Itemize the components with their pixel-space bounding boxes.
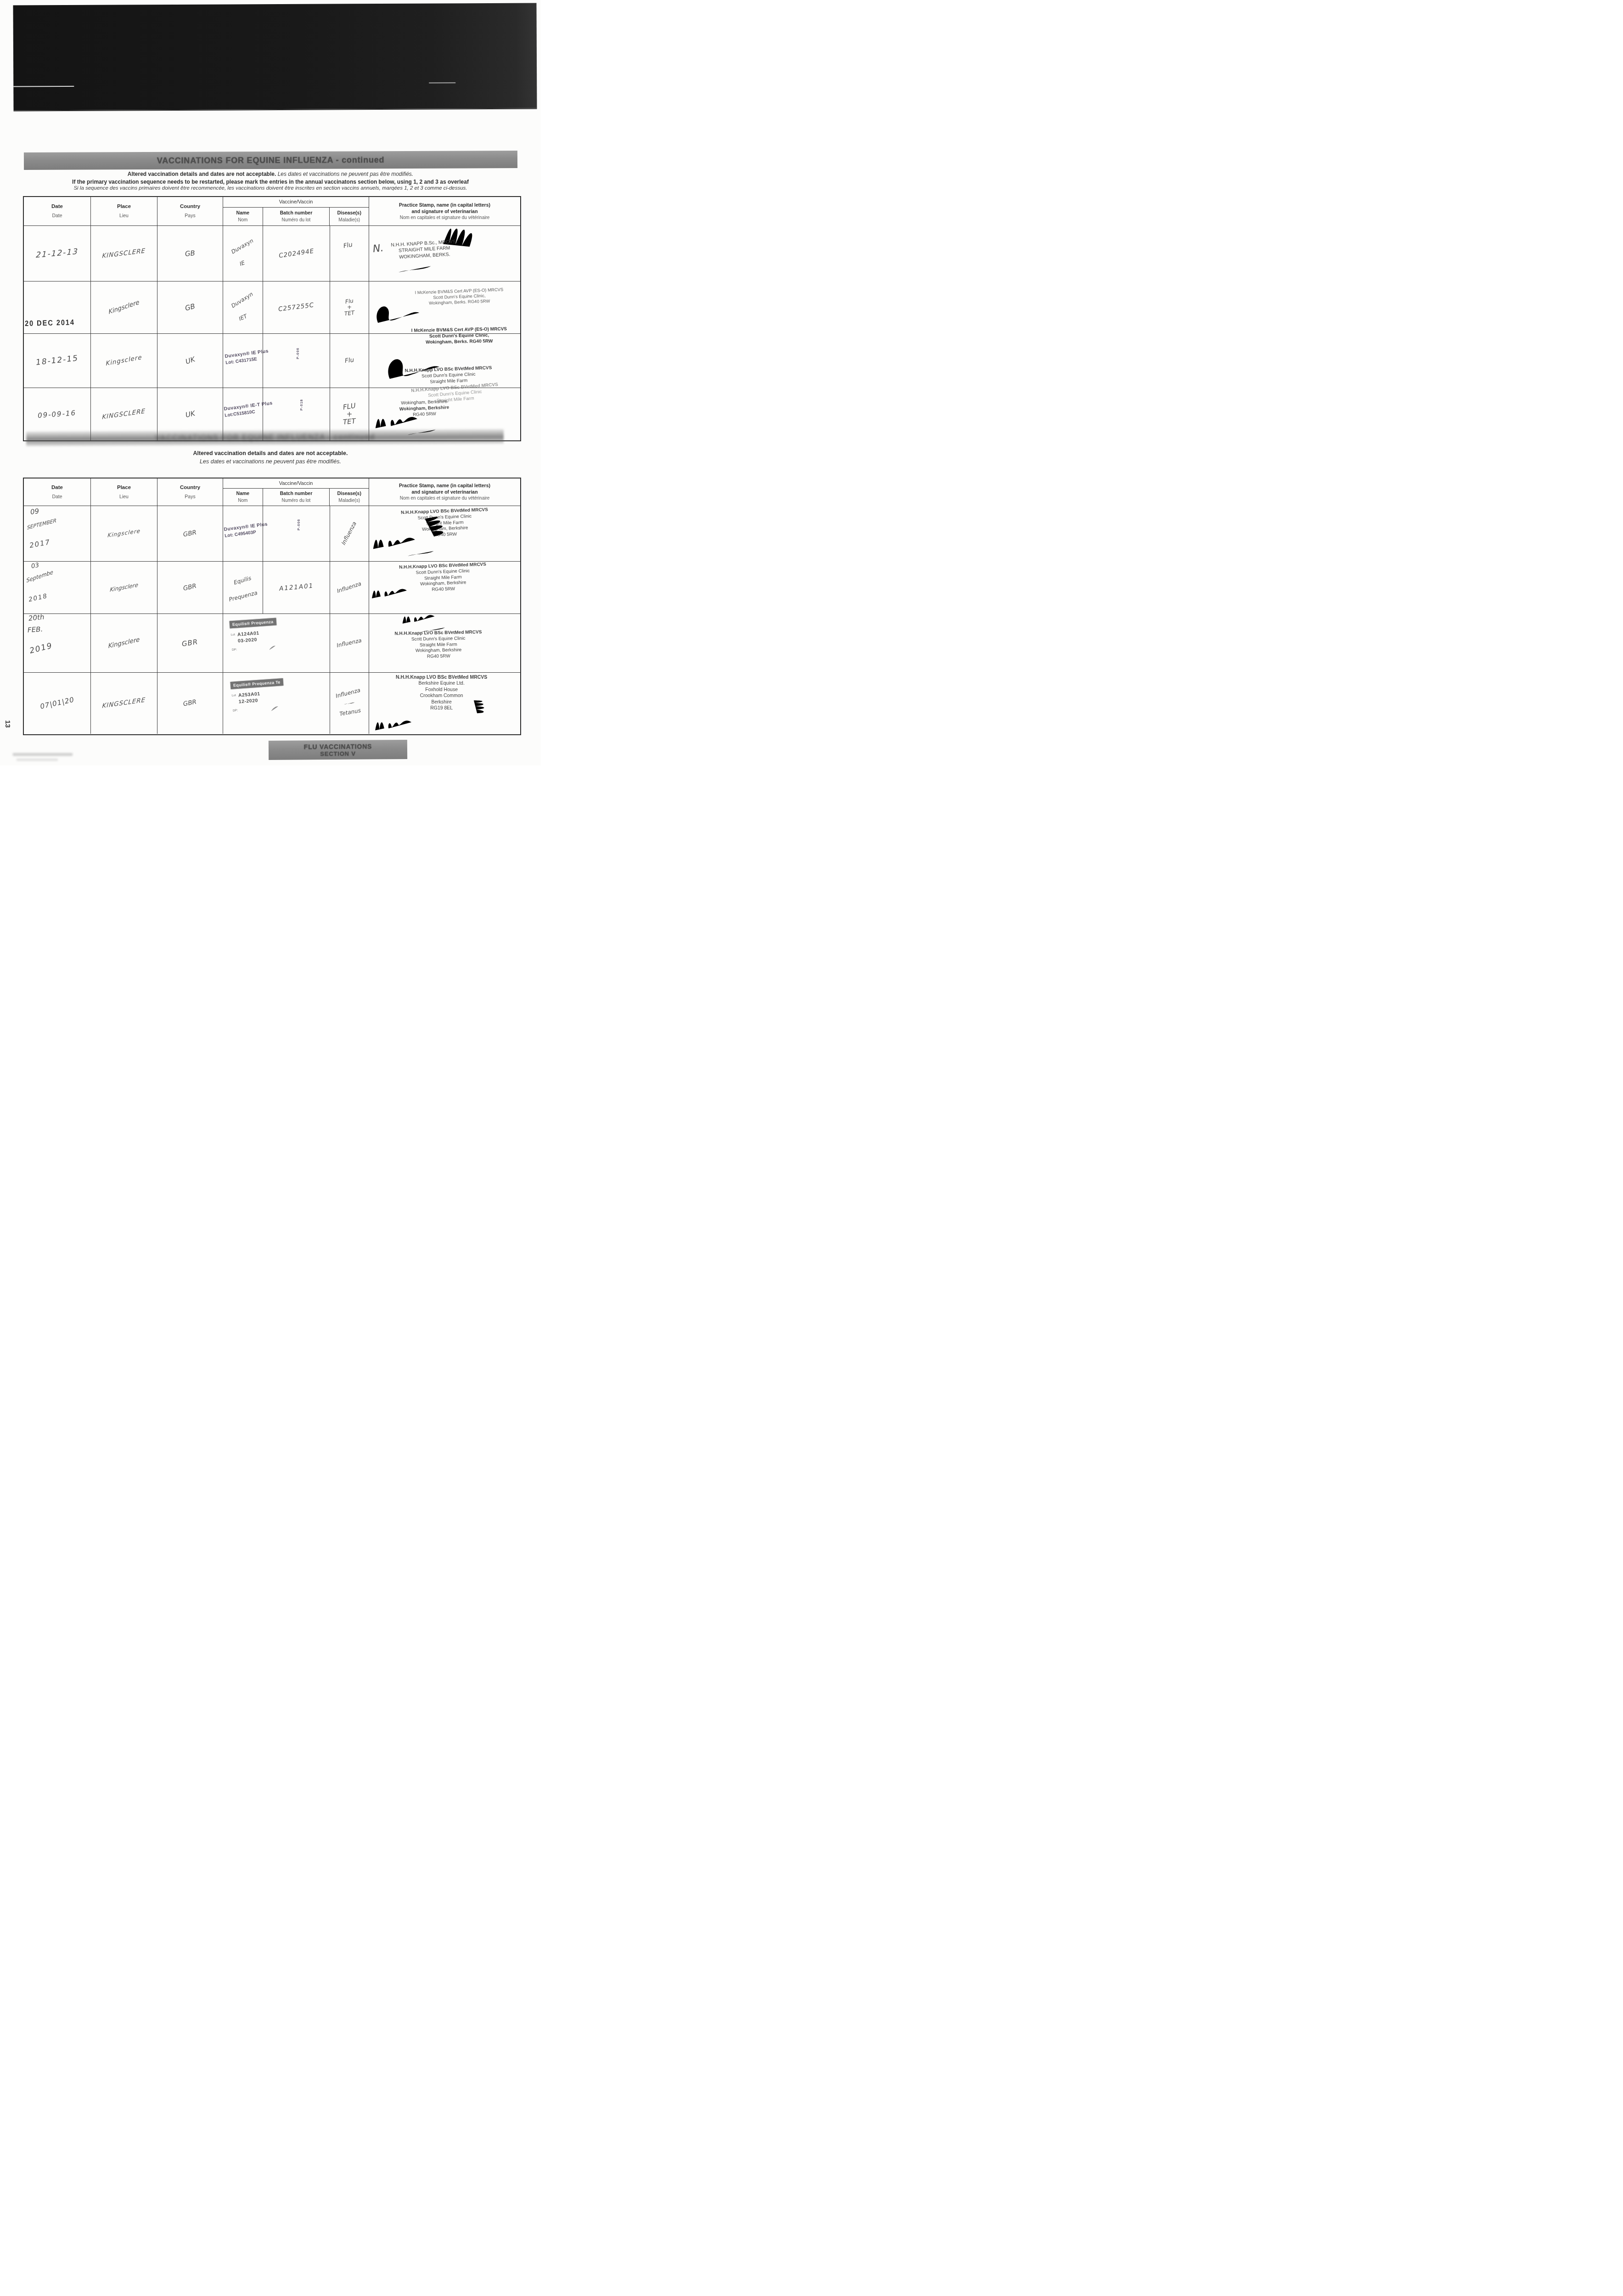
ghost-title-band: VACCINATIONS FOR EQUINE INFLUENZA - cont… <box>26 429 504 446</box>
table-row: 20 DEC 2014 Kingsclere GB Duvaxyn IET C2… <box>24 281 520 334</box>
vaccine-name-cell: Duvaxyn IET <box>223 281 263 333</box>
intro-line2: If the primary vaccination sequence need… <box>72 179 469 185</box>
vaccine-name-handwriting: Equilis <box>233 575 252 586</box>
date-cell: 20th FEB. 2019 <box>24 614 91 672</box>
header-batch-en: Batch number <box>280 491 313 496</box>
header-practice-stamp: Practice Stamp, name (in capital letters… <box>369 478 520 506</box>
intro-note-line3: Si la sequence des vaccins primaires doi… <box>0 186 541 191</box>
practice-stamp-cell: N.H.H.Knapp LVO BSc BVetMed MRCVS Berksh… <box>369 673 520 734</box>
disease-handwriting: Influenza <box>337 637 363 648</box>
header-date-fr: Date <box>52 213 62 219</box>
practice-stamp: N.H.H. KNAPP B.Sc., MRCVS. STRAIGHT MILE… <box>391 239 458 261</box>
practice-stamp-cell: N.H.H.Knapp LVO BSc BVetMed MRCVS Scott … <box>369 562 520 613</box>
place-handwriting: KINGSCLERE <box>102 408 146 421</box>
intro-line1-en: Altered vaccination details and dates ar… <box>128 171 276 177</box>
stamp-line: Foxhold House <box>396 687 487 693</box>
date-ink-stamp: 20 DEC 2014 <box>25 318 75 328</box>
header-date-fr: Date <box>52 494 62 500</box>
country-cell: GBR <box>157 562 223 613</box>
date-handwriting: 18-12-15 <box>35 354 79 367</box>
practice-stamp-cell: N.H.H.Knapp LVO BSc BVetMed MRCVS Scott … <box>369 614 520 672</box>
disease-cell: Influenza Tetanus <box>330 673 369 734</box>
place-handwriting: Kingsclere <box>110 582 139 593</box>
header-stamp-l2: and signature of veterinarian <box>411 490 477 495</box>
section-footer-bar: FLU VACCINATIONS SECTION V <box>269 740 407 760</box>
date-cell: 18-12-15 <box>24 334 91 388</box>
date-handwriting: 09 <box>30 507 39 516</box>
header-vaccine-group: Vaccine/Vaccin Name Nom Batch number Num… <box>223 478 369 506</box>
country-cell: GBR <box>157 614 223 672</box>
intro-note-line2: If the primary vaccination sequence need… <box>0 179 541 185</box>
header-country-fr: Pays <box>185 213 195 219</box>
practice-stamp: N.H.H.Knapp LVO BSc BVetMed MRCVS Scott … <box>404 366 492 386</box>
table-row: 18-12-15 Kingsclere UK Duvaxyn® IE Plus … <box>24 334 520 388</box>
header-name: Name Nom <box>223 489 263 506</box>
batch-handwriting: C257255C <box>278 302 315 313</box>
place-cell: Kingsclere <box>91 506 157 561</box>
header-country-fr: Pays <box>185 494 195 500</box>
place-cell: Kingsclere <box>91 614 157 672</box>
vaccine-name-handwriting: IET <box>238 313 248 322</box>
scan-smudge <box>13 753 73 756</box>
mid-note-en: Altered vaccination details and dates ar… <box>0 450 541 456</box>
signature-scrawl <box>372 712 422 736</box>
header-disease: Disease(s) Maladie(s) <box>330 489 369 506</box>
disease-handwriting: Flu <box>344 357 354 365</box>
header-vaccine: Vaccine/Vaccin <box>223 478 369 489</box>
header-stamp-l2: and signature of veterinarian <box>411 209 477 214</box>
vaccine-name-handwriting: Prequenza <box>229 590 258 602</box>
header-date-en: Date <box>51 204 63 209</box>
disease-handwriting: Influenza <box>335 687 361 699</box>
header-batch: Batch number Numéro du lot <box>263 489 330 506</box>
date-cell: 09 SEPTEMBER 2017 <box>24 506 91 561</box>
country-handwriting: UK <box>185 410 196 419</box>
vaccine-name-cell: Equilis® Prequenza Lot A124A0103-2020 DP… <box>223 614 263 672</box>
header-name-fr: Nom <box>238 498 247 503</box>
header-batch: Batch number Numéro du lot <box>263 208 330 225</box>
header-vaccine-group: Vaccine/Vaccin Name Nom Batch number Num… <box>223 197 369 225</box>
batch-cell: A121A01 <box>263 562 330 613</box>
section-title-bar: VACCINATIONS FOR EQUINE INFLUENZA - cont… <box>24 151 517 170</box>
table-row: 03 Septembe 2018 Kingsclere GBR Equilis … <box>24 562 520 614</box>
country-handwriting: GBR <box>183 699 197 708</box>
practice-stamp: I McKenzie BVM&S Cert AVP (ES-O) MRCVS S… <box>411 326 507 346</box>
header-batch-fr: Numéro du lot <box>282 218 311 223</box>
disease-cell: Influenza <box>330 562 369 613</box>
header-vaccine-subrow: Name Nom Batch number Numéro du lot Dise… <box>223 489 369 506</box>
stamp-line: N.H.H.Knapp LVO BSc BVetMed MRCVS <box>396 675 487 681</box>
header-stamp-l1: Practice Stamp, name (in capital letters… <box>399 203 490 208</box>
sticker-lot: A124A01 <box>237 630 260 637</box>
disease-handwriting: Tetanus <box>339 707 361 717</box>
date-handwriting: 21-12-13 <box>36 248 79 260</box>
disease-handwriting: Flu <box>345 298 354 305</box>
vaccine-name-handwriting: Duvaxyn <box>230 291 254 309</box>
place-handwriting: Kingsclere <box>108 299 140 316</box>
disease-handwriting: FLU <box>343 402 356 411</box>
batch-cell <box>263 673 330 734</box>
vaccine-name-cell: Duvaxyn® IE Plus Lot: C495403P P-006 <box>223 506 263 561</box>
country-handwriting: GB <box>184 303 196 312</box>
disease-cell: Flu + TET <box>330 281 369 333</box>
page-number: 13 <box>4 720 11 728</box>
date-handwriting: 2017 <box>29 538 51 549</box>
vaccine-name-handwriting: IE <box>239 260 246 267</box>
batch-handwriting: A121A01 <box>279 583 314 592</box>
header-date-en: Date <box>51 485 63 490</box>
disease-handwriting: TET <box>343 417 356 426</box>
stamp-line: RG40 5RW <box>395 653 482 661</box>
date-handwriting: 2019 <box>29 642 54 656</box>
stamp-line: Wokingham, Berks. RG40 5RW <box>411 338 507 346</box>
mid-note-fr-text: Les dates et vaccinations ne peuvent pas… <box>200 458 341 465</box>
country-cell: UK <box>157 334 223 388</box>
disease-handwriting: Influenza <box>337 581 363 595</box>
place-cell: Kingsclere <box>91 281 157 333</box>
date-handwriting: 09-09-16 <box>38 409 77 419</box>
footer-line1: FLU VACCINATIONS <box>304 743 372 750</box>
header-stamp-l1: Practice Stamp, name (in capital letters… <box>399 483 490 489</box>
ghost-title-text: VACCINATIONS FOR EQUINE INFLUENZA - cont… <box>155 433 375 443</box>
date-handwriting: FEB. <box>27 625 43 634</box>
header-name: Name Nom <box>223 208 263 225</box>
signature-scrawl <box>372 299 422 327</box>
country-cell: GBR <box>157 506 223 561</box>
country-handwriting: GBR <box>183 583 197 592</box>
practice-stamp: N.H.H.Knapp LVO BSc BVetMed MRCVS Scott … <box>394 630 482 660</box>
table-row: 21-12-13 KINGSCLERE GB Duvaxyn IE C20249… <box>24 226 520 281</box>
disease-handwriting: TET <box>344 310 355 317</box>
header-disease-en: Disease(s) <box>337 210 361 216</box>
vaccine-name-cell: Equilis Prequenza <box>223 562 263 613</box>
country-handwriting: GB <box>185 249 196 258</box>
header-country: Country Pays <box>157 197 223 225</box>
header-batch-fr: Numéro du lot <box>282 498 311 503</box>
header-country-en: Country <box>180 485 200 490</box>
place-cell: KINGSCLERE <box>91 673 157 734</box>
batch-cell: C257255C <box>263 281 330 333</box>
header-date: Date Date <box>24 478 91 506</box>
intro-line3: Si la sequence des vaccins primaires doi… <box>73 186 467 191</box>
header-disease: Disease(s) Maladie(s) <box>330 208 369 225</box>
header-place: Place Lieu <box>91 478 157 506</box>
date-handwriting: 07|01|20 <box>39 696 75 711</box>
vaccine-name-cell: Equilis® Prequenza Te Lot A253A0112-2020… <box>223 673 263 734</box>
place-cell: KINGSCLERE <box>91 226 157 281</box>
sticker-lot-value: A253A0112-2020 <box>238 691 261 705</box>
date-handwriting: 2018 <box>28 593 49 603</box>
place-handwriting: KINGSCLERE <box>102 248 146 260</box>
date-handwriting: Septembe <box>26 569 53 584</box>
practice-stamp-cell: N. N.H.H. KNAPP B.Sc., MRCVS. STRAIGHT M… <box>369 226 520 281</box>
date-cell: 03 Septembe 2018 <box>24 562 91 613</box>
place-handwriting: Kingsclere <box>107 528 140 539</box>
header-name-en: Name <box>236 210 250 216</box>
header-date: Date Date <box>24 197 91 225</box>
stamp-line: Berkshire Equine Ltd. <box>396 681 487 687</box>
date-handwriting: 03 <box>31 562 40 570</box>
place-cell: Kingsclere <box>91 562 157 613</box>
vaccine-name-handwriting: Duvaxyn <box>230 237 255 255</box>
signature-scrawl <box>370 581 416 604</box>
place-handwriting: KINGSCLERE <box>102 697 146 709</box>
sticker-dp-tag: DP: <box>233 709 238 713</box>
mid-note-en-text: Altered vaccination details and dates ar… <box>193 450 348 456</box>
sticker-lot-tag: Lot <box>231 633 236 637</box>
sticker-expiry: 03-2020 <box>237 637 257 644</box>
batch-cell <box>263 334 330 388</box>
vaccination-table-1: Date Date Place Lieu Country Pays Vaccin… <box>23 196 521 441</box>
disease-cell: Flu <box>330 226 369 281</box>
header-place-en: Place <box>117 204 131 209</box>
redaction-block <box>13 3 537 112</box>
header-place-fr: Lieu <box>119 213 129 219</box>
date-handwriting: 20th <box>28 613 45 622</box>
practice-stamp-cell: N.H.H.Knapp LVO BSc BVetMed MRCVS Scott … <box>369 506 520 561</box>
scan-smudge <box>17 759 58 761</box>
scratch-line <box>429 82 455 83</box>
footer-line2: SECTION V <box>320 750 355 757</box>
batch-cell <box>263 506 330 561</box>
signature-scrawl <box>382 548 460 559</box>
header-vaccine: Vaccine/Vaccin <box>223 197 369 208</box>
header-disease-fr: Maladie(s) <box>338 218 360 223</box>
sticker-lot-value: A124A0103-2020 <box>237 630 260 645</box>
batch-cell <box>263 614 330 672</box>
header-country-en: Country <box>180 204 200 209</box>
date-handwriting: SEPTEMBER <box>27 518 56 531</box>
country-handwriting: GBR <box>181 638 198 648</box>
header-place-en: Place <box>117 485 131 490</box>
header-name-en: Name <box>236 491 250 496</box>
header-place: Place Lieu <box>91 197 157 225</box>
disease-handwriting: Flu <box>343 241 353 249</box>
pen-squiggle-icon <box>343 701 355 706</box>
vaccine-name-cell: Duvaxyn IE <box>223 226 263 281</box>
country-cell: GB <box>157 281 223 333</box>
place-handwriting: Kingsclere <box>106 354 142 367</box>
date-cell: 07|01|20 <box>24 673 91 734</box>
practice-stamp: I McKenzie BVM&S Cert AVP (ES-O) MRCVS S… <box>415 287 504 307</box>
header-disease-fr: Maladie(s) <box>338 498 360 503</box>
signature-initial: N. <box>372 243 384 255</box>
header-batch-en: Batch number <box>280 210 313 216</box>
header-disease-en: Disease(s) <box>337 491 361 496</box>
table-row: 09 SEPTEMBER 2017 Kingsclere GBR Duvaxyn… <box>24 506 520 562</box>
practice-stamp-cell: I McKenzie BVM&S Cert AVP (ES-O) MRCVS S… <box>369 281 520 333</box>
header-place-fr: Lieu <box>119 494 129 500</box>
header-country: Country Pays <box>157 478 223 506</box>
vaccination-table-2: Date Date Place Lieu Country Pays Vaccin… <box>23 478 521 735</box>
country-handwriting: GBR <box>183 529 197 538</box>
table-header-row: Date Date Place Lieu Country Pays Vaccin… <box>24 478 520 506</box>
sticker-expiry: 12-2020 <box>238 698 258 704</box>
mid-note-fr: Les dates et vaccinations ne peuvent pas… <box>0 458 541 465</box>
scratch-line <box>13 86 74 87</box>
intro-line1-fr: Les dates et vaccinations ne peuvent pas… <box>278 171 414 177</box>
country-cell: GB <box>157 226 223 281</box>
batch-handwriting: C202494E <box>278 248 314 259</box>
intro-note-line1: Altered vaccination details and dates ar… <box>0 171 541 177</box>
header-vaccine-subrow: Name Nom Batch number Numéro du lot Dise… <box>223 208 369 225</box>
disease-cell: Flu <box>330 334 369 388</box>
disease-cell: Influenza <box>330 614 369 672</box>
date-cell: 20 DEC 2014 <box>24 281 91 333</box>
sticker-lot-tag: Lot <box>232 694 236 698</box>
section-title: VACCINATIONS FOR EQUINE INFLUENZA - cont… <box>157 155 385 166</box>
vaccine-name-cell: Duvaxyn® IE Plus Lot: C431715E P-006 <box>223 334 263 388</box>
disease-handwriting: Influenza <box>341 521 358 546</box>
country-cell: GBR <box>157 673 223 734</box>
country-handwriting: UK <box>185 355 196 366</box>
header-stamp-l3: Nom en capitales et signature du vétérin… <box>400 496 490 501</box>
date-cell: 21-12-13 <box>24 226 91 281</box>
place-handwriting: Kingsclere <box>108 636 140 650</box>
place-cell: Kingsclere <box>91 334 157 388</box>
sticker-lot: A253A01 <box>238 691 261 698</box>
table-row: 07|01|20 KINGSCLERE GBR Equilis® Prequen… <box>24 673 520 734</box>
table-row: 20th FEB. 2019 Kingsclere GBR Equilis® P… <box>24 614 520 673</box>
batch-cell: C202494E <box>263 226 330 281</box>
header-name-fr: Nom <box>238 218 247 223</box>
disease-cell: Influenza <box>330 506 369 561</box>
scanned-passport-page: VACCINATIONS FOR EQUINE INFLUENZA - cont… <box>0 0 541 765</box>
signature-scrawl <box>369 263 461 276</box>
practice-stamp-cell: I McKenzie BVM&S Cert AVP (ES-O) MRCVS S… <box>369 334 520 388</box>
sticker-dp-tag: DP: <box>232 648 237 652</box>
